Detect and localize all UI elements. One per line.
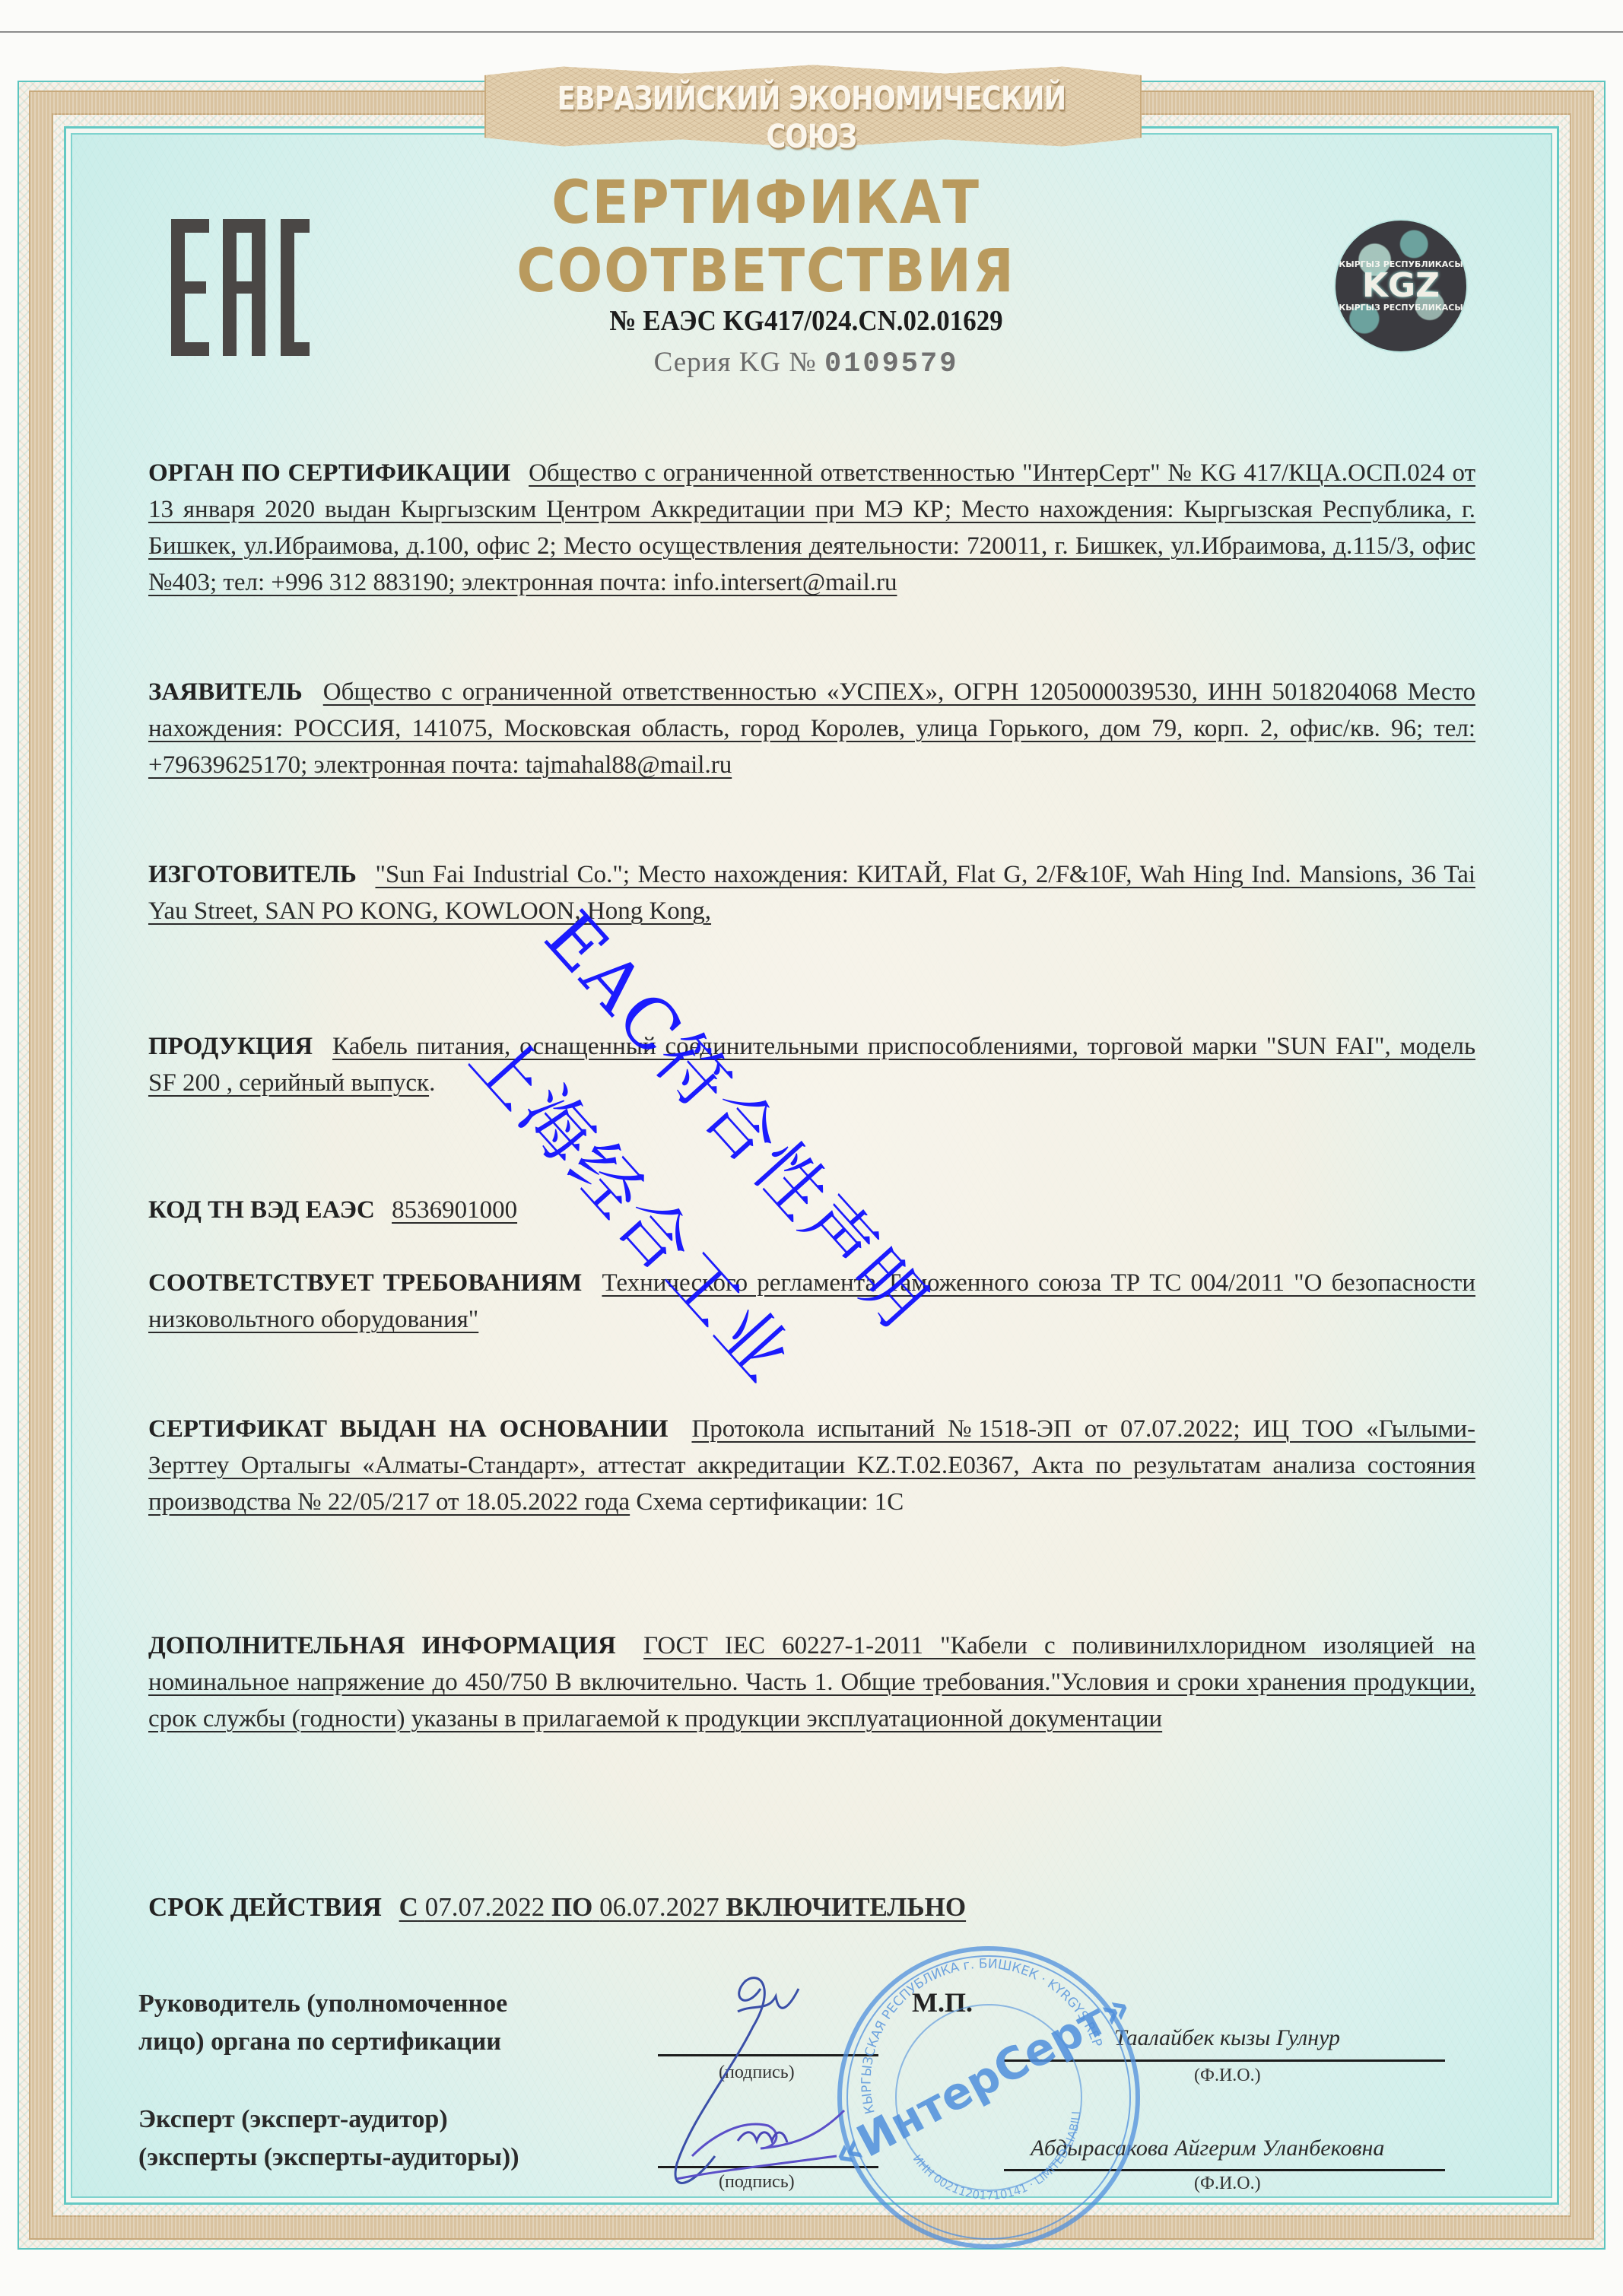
head-name-line xyxy=(1004,2059,1445,2062)
section-plain-text: Схема сертификации: 1С xyxy=(630,1488,904,1516)
expert-label: Эксперт (эксперт-аудитор) (эксперты (экс… xyxy=(138,2101,519,2177)
head-label-line1: Руководитель (уполномоченное xyxy=(138,1985,507,2023)
series-prefix: Серия KG № xyxy=(654,347,817,378)
section-product: ПРОДУКЦИЯ Кабель питания, оснащенный сое… xyxy=(148,1028,1475,1101)
section-applicant: ЗАЯВИТЕЛЬ Общество с ограниченной ответс… xyxy=(148,674,1475,783)
series-number: 0109579 xyxy=(824,348,958,380)
section-label: ПРОДУКЦИЯ xyxy=(148,1033,313,1060)
expert-signature-line xyxy=(658,2166,878,2168)
section-trailing: . xyxy=(429,1069,435,1097)
section-validity: СРОК ДЕЙСТВИЯ С 07.07.2022 ПО 06.07.2027… xyxy=(148,1889,1475,1926)
section-manufacturer: ИЗГОТОВИТЕЛЬ "Sun Fai Industrial Co."; М… xyxy=(148,856,1475,929)
validity-period: С 07.07.2022 ПО 06.07.2027 ВКЛЮЧИТЕЛЬНО xyxy=(399,1892,966,1922)
hologram-main-text: KGZ xyxy=(1362,269,1440,303)
section-hs-code: КОД ТН ВЭД ЕАЭС 8536901000 xyxy=(148,1192,1475,1228)
head-label: Руководитель (уполномоченное лицо) орган… xyxy=(138,1985,507,2061)
head-full-name: Таалайбек кызы Гулнур xyxy=(1114,2025,1340,2051)
expert-signature-caption: (подпись) xyxy=(719,2172,795,2193)
union-banner-text: ЕВРАЗИЙСКИЙ ЭКОНОМИЧЕСКИЙ СОЮЗ xyxy=(543,80,1079,156)
expert-full-name: Абдырасакова Айгерим Уланбековна xyxy=(1031,2136,1384,2161)
section-label: ИЗГОТОВИТЕЛЬ xyxy=(148,861,357,888)
validity-date-from: 07.07.2022 xyxy=(425,1892,545,1922)
validity-inclusive-word: ВКЛЮЧИТЕЛЬНО xyxy=(726,1892,966,1922)
validity-date-to: 06.07.2027 xyxy=(599,1892,719,1922)
section-value: 8536901000 xyxy=(392,1196,517,1224)
section-label: КОД ТН ВЭД ЕАЭС xyxy=(148,1196,375,1224)
section-value: Общество с ограниченной ответственностью… xyxy=(148,678,1475,779)
certificate-number: № ЕАЭС KG417/024.CN.02.01629 xyxy=(456,304,1156,338)
seal-mark: М.П. xyxy=(912,1986,973,2018)
section-label: ДОПОЛНИТЕЛЬНАЯ ИНФОРМАЦИЯ xyxy=(148,1632,616,1659)
eac-logo-icon xyxy=(171,219,310,356)
certificate-title: СЕРТИФИКАТ СООТВЕТСТВИЯ xyxy=(335,169,1197,306)
kgz-hologram-icon: КЫРГЫЗ РЕСПУБЛИКАСЫ KGZ КЫРГЫЗ РЕСПУБЛИК… xyxy=(1336,221,1466,351)
section-complies-with: СООТВЕТСТВУЕТ ТРЕБОВАНИЯМ Технического р… xyxy=(148,1265,1475,1338)
head-signature-caption: (подпись) xyxy=(719,2063,795,2083)
section-issued-basis: СЕРТИФИКАТ ВЫДАН НА ОСНОВАНИИ Протокола … xyxy=(148,1411,1475,1520)
validity-to-word: ПО xyxy=(551,1892,592,1922)
head-name-caption: (Ф.И.О.) xyxy=(1194,2066,1261,2086)
section-value: Кабель питания, оснащенный соединительны… xyxy=(148,1033,1475,1097)
validity-from-word: С xyxy=(399,1892,418,1922)
certificate-series: Серия KG № 0109579 xyxy=(426,346,1186,380)
expert-name-caption: (Ф.И.О.) xyxy=(1194,2174,1261,2194)
head-label-line2: лицо) органа по сертификации xyxy=(138,2023,507,2061)
expert-label-line1: Эксперт (эксперт-аудитор) xyxy=(138,2101,519,2139)
expert-name-line xyxy=(1004,2169,1445,2171)
section-label: СРОК ДЕЙСТВИЯ xyxy=(148,1892,382,1922)
scan-edge-line xyxy=(0,31,1623,33)
section-label: ОРГАН ПО СЕРТИФИКАЦИИ xyxy=(148,459,510,487)
head-signature-line xyxy=(658,2054,878,2056)
section-certification-body: ОРГАН ПО СЕРТИФИКАЦИИ Общество с огранич… xyxy=(148,455,1475,601)
expert-label-line2: (эксперты (эксперты-аудиторы)) xyxy=(138,2139,519,2177)
hologram-bottom-text: КЫРГЫЗ РЕСПУБЛИКАСЫ xyxy=(1339,303,1463,313)
section-label: ЗАЯВИТЕЛЬ xyxy=(148,678,303,706)
section-label: СООТВЕТСТВУЕТ ТРЕБОВАНИЯМ xyxy=(148,1269,582,1297)
section-label: СЕРТИФИКАТ ВЫДАН НА ОСНОВАНИИ xyxy=(148,1415,669,1443)
section-additional-info: ДОПОЛНИТЕЛЬНАЯ ИНФОРМАЦИЯ ГОСТ IEC 60227… xyxy=(148,1628,1475,1737)
